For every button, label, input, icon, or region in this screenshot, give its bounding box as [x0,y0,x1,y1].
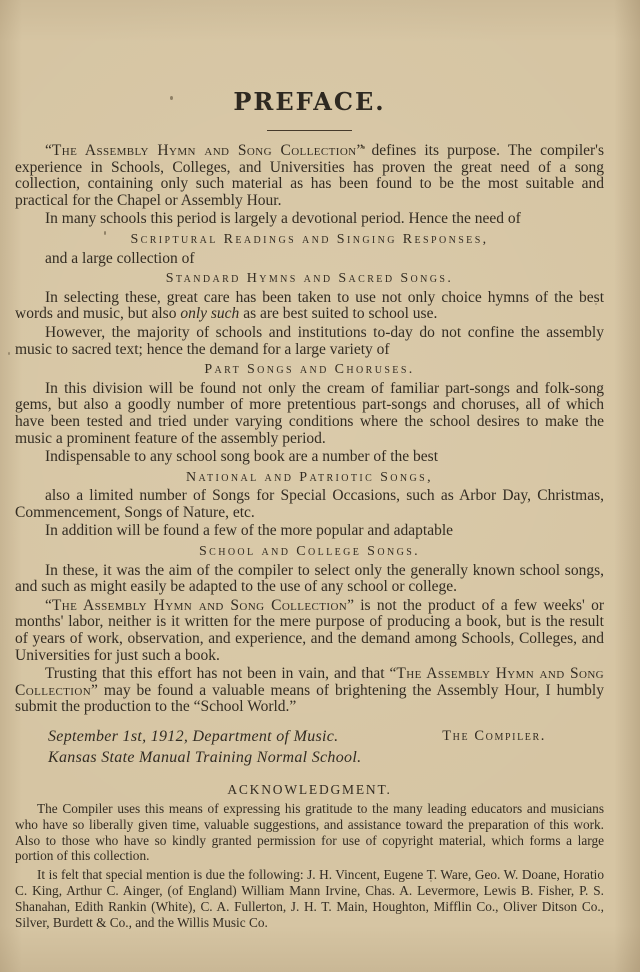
paragraph-however: However, the majority of schools and ins… [15,325,604,358]
scan-speck [509,296,511,298]
title-divider-rule [267,130,352,131]
heading-national-patriotic: National and Patriotic Songs, [15,470,604,487]
acknowledgment-paragraph-names: It is felt that special mention is due t… [15,867,604,930]
paragraph-in-addition: In addition will be found a few of the m… [15,523,604,540]
scan-speck [595,303,597,305]
paragraph-devotional: In many schools this period is largely a… [15,211,604,228]
paragraph-purpose: “The Assembly Hymn and Song Collection” … [15,143,604,209]
paragraph-not-product: “The Assembly Hymn and Song Collection” … [15,598,604,664]
acknowledgment-heading: ACKNOWLEDGMENT. [15,782,604,798]
acknowledgment-paragraph-gratitude: The Compiler uses this means of expressi… [15,801,604,864]
scan-speck [104,231,106,235]
paragraph-selecting: In selecting these, great care has been … [15,290,604,323]
paragraph-division: In this division will be found not only … [15,381,604,447]
quote-mark: “ [45,142,52,159]
heading-school-college: School and College Songs. [15,544,604,561]
paragraph-trusting: Trusting that this effort has not been i… [15,666,604,716]
paragraph-text: ” may be found a valuable means of brigh… [15,682,604,716]
paragraph-large-collection: and a large collection of [15,251,604,268]
signature-school-line: Kansas State Manual Training Normal Scho… [48,747,604,768]
quote-mark: “ [45,597,52,614]
paragraph-indispensable: Indispensable to any school song book ar… [15,449,604,466]
page-title: PREFACE. [15,88,604,116]
italic-phrase: only such [180,305,239,322]
paragraph-text: Trusting that this effort has not been i… [45,665,396,682]
scan-speck [170,96,173,100]
paragraph-special-occasions: also a limited number of Songs for Speci… [15,488,604,521]
scan-speck [8,352,10,355]
book-title-smallcaps: The Assembly Hymn and Song Collection [52,142,357,159]
paragraph-aim: In these, it was the aim of the compiler… [15,563,604,596]
book-title-smallcaps: The Assembly Hymn and Song Collection [52,597,347,614]
signature-block: September 1st, 1912, Department of Music… [15,726,604,768]
paragraph-text: as are best suited to school use. [239,305,437,322]
scan-speck [362,146,365,149]
compiler-credit: The Compiler. [442,728,546,745]
scan-speck [430,880,432,882]
heading-part-songs: Part Songs and Choruses. [15,362,604,379]
scanned-book-page: PREFACE. “The Assembly Hymn and Song Col… [0,0,640,972]
heading-standard-hymns: Standard Hymns and Sacred Songs. [15,271,604,288]
